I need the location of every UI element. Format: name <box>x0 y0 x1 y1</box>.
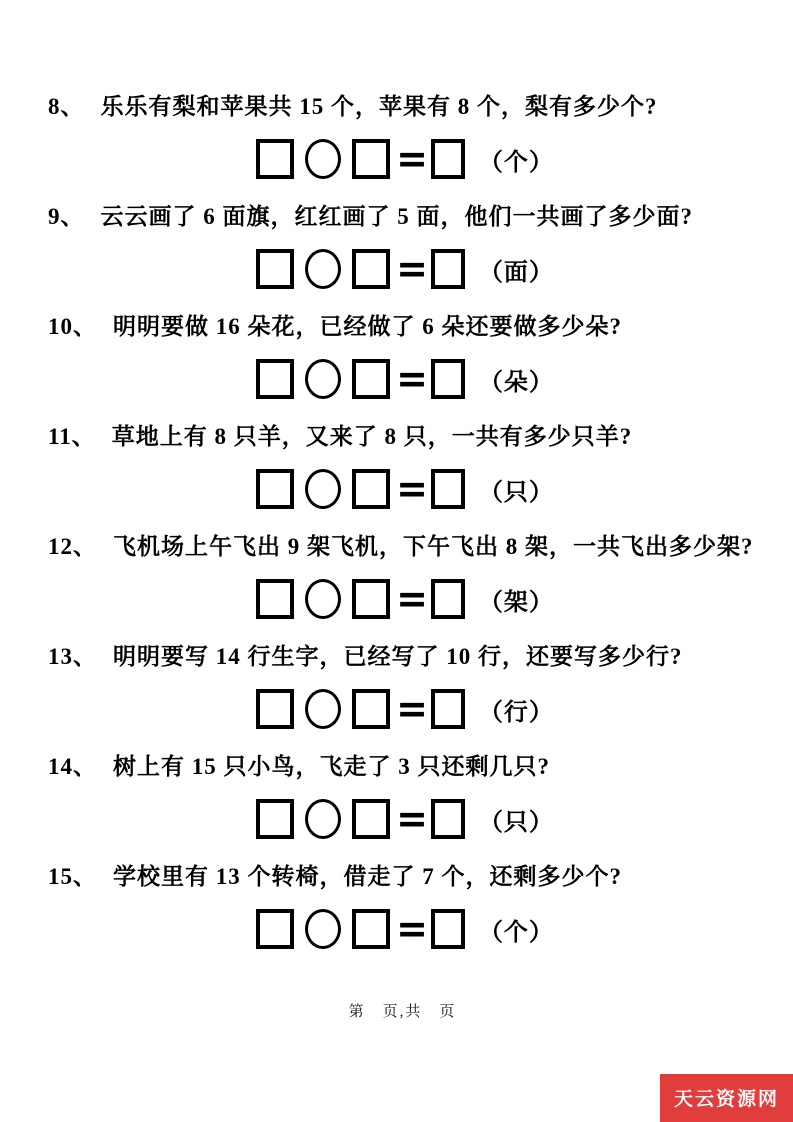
problem-12: 12、飞机场上午飞出 9 架飞机，下午飞出 8 架，一共飞出多少架? = （架） <box>48 526 757 622</box>
answer-box-first <box>256 909 294 949</box>
problem-14: 14、树上有 15 只小鸟，飞走了 3 只还剩几只? = （只） <box>48 746 757 842</box>
result-box <box>431 579 465 619</box>
page-number-label: 第 页,共 页 <box>349 1004 457 1020</box>
unit-label: （只） <box>479 802 554 837</box>
equation-row: = （行） <box>48 686 757 732</box>
problem-13: 13、明明要写 14 行生字，已经写了 10 行，还要写多少行? = （行） <box>48 636 757 732</box>
problem-text-line: 12、飞机场上午飞出 9 架飞机，下午飞出 8 架，一共飞出多少架? <box>48 526 757 568</box>
result-box <box>431 799 465 839</box>
answer-box-second <box>352 909 390 949</box>
equation-row: = （只） <box>48 466 757 512</box>
watermark-badge: 天云资源网 <box>660 1074 793 1122</box>
problem-question: 明明要写 14 行生字，已经写了 10 行，还要写多少行? <box>113 644 683 669</box>
answer-box-second <box>352 799 390 839</box>
result-box <box>431 359 465 399</box>
equals-sign: = <box>396 908 428 950</box>
unit-label: （面） <box>479 252 554 287</box>
answer-box-first <box>256 139 294 179</box>
answer-box-first <box>256 469 294 509</box>
result-box <box>431 139 465 179</box>
problem-text-line: 15、学校里有 13 个转椅，借走了 7 个，还剩多少个? <box>48 856 757 898</box>
problem-question: 飞机场上午飞出 9 架飞机，下午飞出 8 架，一共飞出多少架? <box>113 534 754 559</box>
problem-number: 10、 <box>48 314 97 339</box>
operator-circle <box>305 689 341 729</box>
operator-circle <box>305 139 341 179</box>
problem-11: 11、草地上有 8 只羊，又来了 8 只，一共有多少只羊? = （只） <box>48 416 757 512</box>
equals-sign: = <box>396 358 428 400</box>
problem-number: 15、 <box>48 864 97 889</box>
answer-box-second <box>352 469 390 509</box>
answer-box-first <box>256 359 294 399</box>
problem-question: 明明要做 16 朵花，已经做了 6 朵还要做多少朵? <box>113 314 622 339</box>
operator-circle <box>305 909 341 949</box>
operator-circle <box>305 579 341 619</box>
equals-sign: = <box>396 468 428 510</box>
equation-row: = （只） <box>48 796 757 842</box>
problem-number: 11、 <box>48 424 96 449</box>
equation-row: = （架） <box>48 576 757 622</box>
problem-number: 14、 <box>48 754 97 779</box>
problem-8: 8、乐乐有梨和苹果共 15 个，苹果有 8 个，梨有多少个? = （个） <box>48 86 757 182</box>
problem-15: 15、学校里有 13 个转椅，借走了 7 个，还剩多少个? = （个） <box>48 856 757 952</box>
problem-text-line: 10、明明要做 16 朵花，已经做了 6 朵还要做多少朵? <box>48 306 757 348</box>
unit-label: （架） <box>479 582 554 617</box>
answer-box-first <box>256 579 294 619</box>
problem-question: 学校里有 13 个转椅，借走了 7 个，还剩多少个? <box>113 864 622 889</box>
problem-number: 8、 <box>48 94 85 119</box>
unit-label: （朵） <box>479 362 554 397</box>
problem-text-line: 9、云云画了 6 面旗，红红画了 5 面，他们一共画了多少面? <box>48 196 757 238</box>
problem-9: 9、云云画了 6 面旗，红红画了 5 面，他们一共画了多少面? = （面） <box>48 196 757 292</box>
equals-sign: = <box>396 798 428 840</box>
equation-row: = （面） <box>48 246 757 292</box>
answer-box-first <box>256 689 294 729</box>
operator-circle <box>305 469 341 509</box>
problem-question: 云云画了 6 面旗，红红画了 5 面，他们一共画了多少面? <box>101 204 694 229</box>
equals-sign: = <box>396 138 428 180</box>
unit-label: （个） <box>479 142 554 177</box>
page-footer: 第 页,共 页 <box>48 1000 757 1021</box>
answer-box-second <box>352 139 390 179</box>
answer-box-second <box>352 579 390 619</box>
equals-sign: = <box>396 248 428 290</box>
result-box <box>431 909 465 949</box>
problem-text-line: 13、明明要写 14 行生字，已经写了 10 行，还要写多少行? <box>48 636 757 678</box>
problem-number: 12、 <box>48 534 97 559</box>
answer-box-second <box>352 689 390 729</box>
answer-box-first <box>256 799 294 839</box>
operator-circle <box>305 249 341 289</box>
worksheet-page: 8、乐乐有梨和苹果共 15 个，苹果有 8 个，梨有多少个? = （个） 9、云… <box>0 0 793 1122</box>
unit-label: （行） <box>479 692 554 727</box>
answer-box-first <box>256 249 294 289</box>
problem-text-line: 8、乐乐有梨和苹果共 15 个，苹果有 8 个，梨有多少个? <box>48 86 757 128</box>
problem-text-line: 11、草地上有 8 只羊，又来了 8 只，一共有多少只羊? <box>48 416 757 458</box>
result-box <box>431 249 465 289</box>
equals-sign: = <box>396 578 428 620</box>
problem-number: 13、 <box>48 644 97 669</box>
equation-row: = （个） <box>48 906 757 952</box>
equation-row: = （朵） <box>48 356 757 402</box>
result-box <box>431 469 465 509</box>
result-box <box>431 689 465 729</box>
worksheet-content: 8、乐乐有梨和苹果共 15 个，苹果有 8 个，梨有多少个? = （个） 9、云… <box>0 0 793 1021</box>
answer-box-second <box>352 249 390 289</box>
problem-question: 草地上有 8 只羊，又来了 8 只，一共有多少只羊? <box>112 424 633 449</box>
problem-question: 乐乐有梨和苹果共 15 个，苹果有 8 个，梨有多少个? <box>101 94 658 119</box>
unit-label: （只） <box>479 472 554 507</box>
equals-sign: = <box>396 688 428 730</box>
problem-text-line: 14、树上有 15 只小鸟，飞走了 3 只还剩几只? <box>48 746 757 788</box>
answer-box-second <box>352 359 390 399</box>
problem-10: 10、明明要做 16 朵花，已经做了 6 朵还要做多少朵? = （朵） <box>48 306 757 402</box>
operator-circle <box>305 799 341 839</box>
problem-question: 树上有 15 只小鸟，飞走了 3 只还剩几只? <box>113 754 550 779</box>
equation-row: = （个） <box>48 136 757 182</box>
problem-number: 9、 <box>48 204 85 229</box>
operator-circle <box>305 359 341 399</box>
unit-label: （个） <box>479 912 554 947</box>
